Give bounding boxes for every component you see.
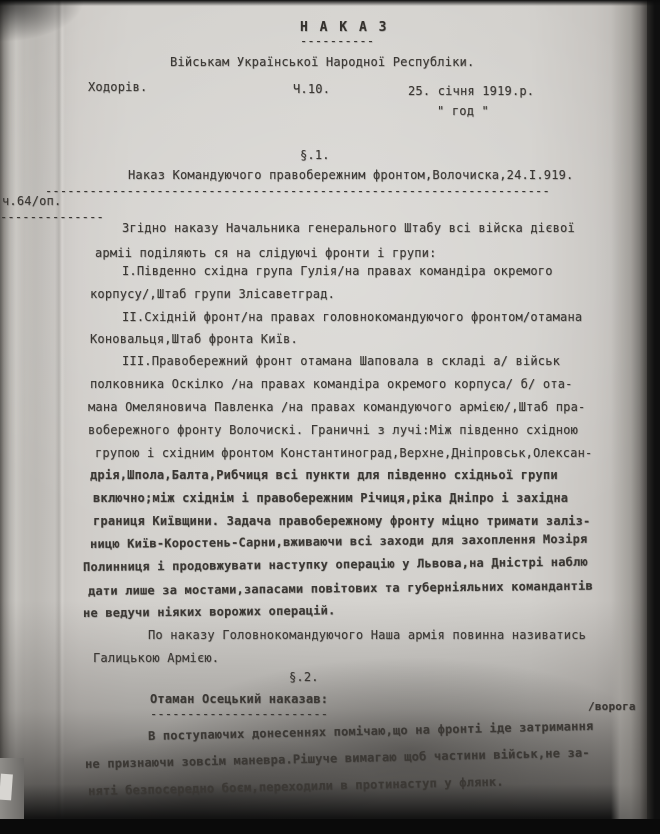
- inserted-correction: /ворога: [588, 700, 636, 713]
- document-line: групою і східним фронтом Константиноград…: [95, 446, 592, 460]
- document-line: арміі поділяють ся на слідуючі фронти і …: [95, 246, 437, 260]
- document-line: корпусу/,Штаб групи Злісаветград.: [90, 287, 335, 301]
- document-line: вобережного фронту Волочискі. Граничні з…: [88, 423, 578, 437]
- document-line: І.Південно східна група Гулія/на правах …: [122, 264, 553, 278]
- document-subtitle: Військам Української Народної Республіки…: [170, 55, 474, 69]
- document-line: Отаман Осецький наказав:: [150, 692, 328, 706]
- page-title: Н А К А З: [300, 20, 388, 35]
- underlying-sheet-tab: [0, 774, 13, 801]
- photo-top-left-shadow: [0, 0, 120, 60]
- document-line: включно;між східнім і правобережним Річи…: [93, 491, 568, 505]
- document-place: Ходорів.: [88, 80, 147, 94]
- document-line: ч.64/оп.: [2, 194, 61, 208]
- underline-dashes: ----------------------------------------…: [45, 184, 580, 198]
- document-photo: Н А К А З ---------- Військам Українсько…: [0, 0, 660, 834]
- document-line: полковника Оскілко /на правах командіра …: [90, 377, 573, 391]
- document-line: не ведучи ніяких ворожих операцій.: [83, 603, 336, 620]
- document-line: Згідно наказу Начальника генерального Шт…: [122, 221, 575, 235]
- document-line: дрія,Шпола,Балта,Рибчиця всі пункти для …: [90, 468, 558, 482]
- underline-dashes: ------------------------: [150, 707, 340, 721]
- document-line: Коновальця,Штаб фронта Київ.: [90, 332, 298, 346]
- document-number: Ч.10.: [293, 82, 330, 96]
- document-date: 25. січня 1919.р.: [408, 84, 534, 98]
- document-line: ІІІ.Правобережний фронт отамана Шаповала…: [122, 354, 560, 368]
- photo-right-border: [647, 0, 660, 834]
- document-line: мана Омеляновича Павленка /на правах ком…: [88, 400, 585, 414]
- document-line: По наказу Головнокомандуючого Наша армія…: [148, 628, 586, 642]
- section-2-mark: §.2.: [289, 670, 319, 684]
- page-title-underline: ----------: [300, 34, 384, 48]
- document-line: ІІ.Східній фронт/на правах головнокоманд…: [122, 310, 582, 324]
- section-1-mark: §.1.: [300, 148, 330, 162]
- photo-bottom-border: [0, 819, 660, 834]
- document-hour-note: " год ": [437, 104, 489, 118]
- document-line: Галицькою Армією.: [93, 651, 219, 665]
- document-line: границя Київщини. Задача правобережному …: [93, 514, 590, 528]
- underline-dashes: --------------: [0, 210, 110, 224]
- document-line: Наказ Командуючого правобережним фронтом…: [128, 168, 573, 182]
